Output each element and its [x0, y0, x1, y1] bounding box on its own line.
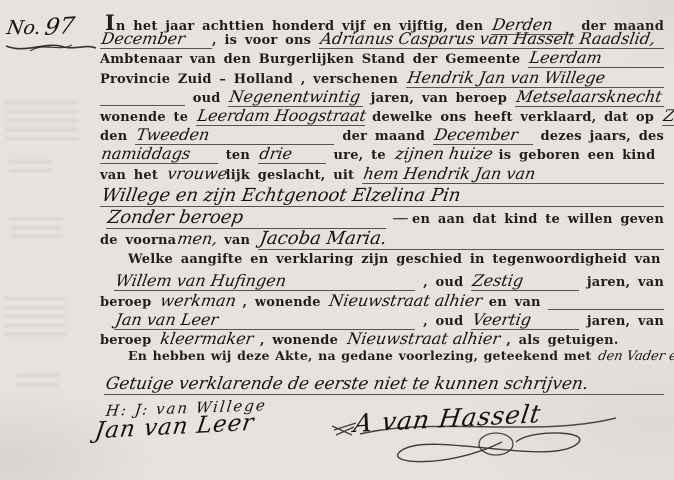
- document-line: Getuige verklarende de eerste niet te ku…: [100, 374, 664, 393]
- printed-text: Ambtenaar van den Burgerlijken Stand der…: [100, 52, 528, 67]
- bleedthrough-smudge: [4, 294, 66, 336]
- printed-text: Provincie Zuid – Holland , verschenen: [100, 72, 406, 87]
- handwritten-entry: Adrianus Casparus van Hasselt Raadslid,: [319, 29, 667, 49]
- printed-text: , wonende: [252, 333, 346, 348]
- document-line: Willege en zijn Echtgenoot Elzelina Pin: [100, 185, 664, 204]
- handwritten-entry: Zonder beroep: [106, 207, 389, 229]
- printed-text: van: [216, 233, 257, 248]
- handwritten-entry: December: [433, 125, 536, 145]
- printed-text: , is voor ons: [212, 33, 319, 48]
- printed-text: lijk geslacht, uit: [226, 168, 362, 183]
- printed-text: de voorna: [100, 233, 176, 248]
- document-line: In het jaar achttien honderd vijf en vij…: [100, 10, 664, 29]
- document-line: En hebben wij deze Akte, na gedane voorl…: [100, 348, 664, 367]
- flourish-underline-icon: [4, 38, 98, 56]
- handwritten-entry: Leerdam Hoogstraat: [196, 106, 368, 126]
- printed-text: en aan dat kind te willen geven: [412, 212, 664, 227]
- handwritten-entry: Metselaarsknecht: [515, 87, 667, 107]
- handwritten-entry: Tweeden: [135, 125, 338, 145]
- printed-text: jaren, van beroep: [363, 91, 515, 106]
- printed-text: Welke aangifte en verklaring zijn geschi…: [128, 252, 668, 267]
- document-line: December, is voor ons Adrianus Casparus …: [100, 29, 664, 48]
- printed-text: , oud: [415, 314, 471, 329]
- blank-rule: [100, 92, 185, 106]
- document-line: van het vrouwelijk geslacht, uit hem Hen…: [100, 164, 664, 183]
- act-number: No.97: [7, 14, 74, 40]
- document-line: Jan van Leer , oud Veertig jaren, van: [100, 310, 664, 329]
- document-line: Willem van Hufingen , oud Zestig jaren, …: [100, 271, 664, 290]
- handwritten-entry: Zon: [662, 106, 674, 126]
- handwritten-entry: werkman: [159, 291, 238, 310]
- printed-text: , oud: [415, 275, 471, 290]
- printed-text: dewelke ons heeft verklaard, dat op: [364, 110, 661, 125]
- printed-text: ure, te: [326, 148, 394, 163]
- handwritten-entry: Nieuwstraat alhier: [346, 329, 502, 348]
- handwritten-entry: namiddags: [100, 144, 221, 164]
- handwritten-entry: men,: [176, 229, 219, 248]
- act-number-value: 97: [43, 13, 76, 41]
- printed-text: , wonende: [235, 295, 329, 310]
- handwritten-entry: Getuige verklarende de eerste niet te ku…: [104, 374, 667, 395]
- bleedthrough-smudge: [6, 100, 78, 140]
- handwritten-entry: Hendrik Jan van Willege: [406, 68, 667, 88]
- handwritten-entry: kleermaker: [159, 329, 255, 348]
- printed-text: , als getuigen.: [498, 333, 618, 348]
- act-number-label: No.: [5, 17, 42, 39]
- printed-text: oud: [185, 91, 228, 106]
- printed-text: beroep: [100, 295, 159, 310]
- document-line: Ambtenaar van den Burgerlijken Stand der…: [100, 48, 664, 67]
- document-line: beroep kleermaker , wonende Nieuwstraat …: [100, 329, 664, 348]
- printed-text: beroep: [100, 333, 159, 348]
- printed-text: der maand: [335, 129, 433, 144]
- handwritten-entry: Willem van Hufingen: [114, 271, 419, 291]
- handwritten-entry: zijnen huize: [394, 144, 494, 163]
- bleedthrough-smudge: [16, 372, 58, 386]
- handwritten-entry: December: [100, 29, 215, 49]
- printed-text: jaren, van: [579, 314, 664, 329]
- document-line: de voornamen, van Jacoba Maria.: [100, 228, 664, 247]
- document-body: In het jaar achttien honderd vijf en vij…: [100, 10, 664, 394]
- handwritten-entry: Jan van Leer: [114, 310, 419, 330]
- printed-text: van het: [100, 168, 166, 183]
- document-line: beroep werkman , wonende Nieuwstraat alh…: [100, 291, 664, 310]
- printed-text: is geboren een kind: [491, 148, 656, 163]
- bleedthrough-smudge: [9, 158, 53, 172]
- printed-text: en van: [481, 295, 548, 310]
- document-line: Provincie Zuid – Holland , verschenen He…: [100, 68, 664, 87]
- handwritten-entry: Leerdam: [528, 48, 667, 68]
- printed-text: ten: [218, 148, 258, 163]
- document-line: den Tweeden der maand December dezes jaa…: [100, 125, 664, 144]
- printed-text: En hebben wij deze Akte, na gedane voorl…: [128, 348, 597, 363]
- handwritten-entry: Willege en zijn Echtgenoot Elzelina Pin: [100, 185, 667, 207]
- printed-text: jaren, van: [579, 275, 664, 290]
- document-line: wonende te Leerdam Hoogstraat dewelke on…: [100, 106, 664, 125]
- handwritten-entry: Zestig: [471, 271, 582, 291]
- handwritten-entry: den Vader en den tweeden: [597, 349, 674, 364]
- handwritten-entry: Negenentwintig: [228, 87, 366, 107]
- handwritten-entry: Veertig: [471, 310, 582, 330]
- blank-rule: [548, 296, 664, 310]
- printed-text: den: [100, 129, 135, 144]
- document-line: namiddags ten drie ure, te zijnen huize …: [100, 144, 664, 163]
- handwritten-entry: hem Hendrik Jan van: [362, 164, 667, 184]
- handwritten-entry: Nieuwstraat alhier: [328, 291, 484, 310]
- handwritten-entry: drie: [258, 144, 329, 164]
- document-line: Welke aangifte en verklaring zijn geschi…: [100, 252, 664, 271]
- handwritten-entry: Jacoba Maria.: [258, 228, 668, 250]
- document-page: No.97 In het jaar achttien honderd vijf …: [0, 0, 674, 480]
- document-line: oud Negenentwintig jaren, van beroep Met…: [100, 87, 664, 106]
- document-line: Zonder beroep — en aan dat kind te wille…: [100, 207, 664, 226]
- printed-text: wonende te: [100, 110, 196, 125]
- handwritten-entry: vrouwe: [166, 164, 229, 183]
- bleedthrough-smudge: [10, 214, 62, 238]
- printed-text: dezes jaars, des: [533, 129, 664, 144]
- handwritten-entry: —: [386, 208, 415, 227]
